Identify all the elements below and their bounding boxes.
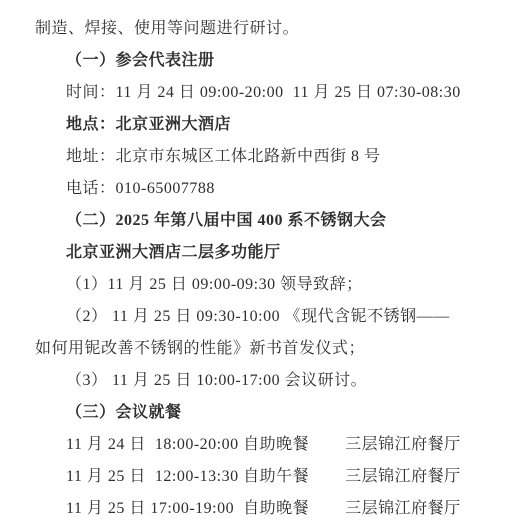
meal-row-dinner-25: 11 月 25 日 17:00-19:00 自助晚餐 三层锦江府餐厅 bbox=[35, 493, 502, 525]
agenda-item-2: （2） 11 月 25 日 09:30-10:00 《现代含铌不锈钢—— bbox=[35, 301, 502, 333]
document-page: 制造、焊接、使用等问题进行研讨。 （一）参会代表注册 时间：11 月 24 日 … bbox=[0, 0, 522, 530]
agenda-item-1: （1）11 月 25 日 09:00-09:30 领导致辞； bbox=[35, 269, 502, 301]
agenda-item-2-continuation: 如何用铌改善不锈钢的性能》新书首发仪式； bbox=[35, 333, 502, 365]
conference-venue-line: 北京亚洲大酒店二层多功能厅 bbox=[35, 237, 502, 269]
meal-row-dinner-24: 11 月 24 日 18:00-20:00 自助晚餐 三层锦江府餐厅 bbox=[35, 429, 502, 461]
registration-venue-line: 地点：北京亚洲大酒店 bbox=[35, 109, 502, 141]
registration-phone-line: 电话：010-65007788 bbox=[35, 173, 502, 205]
section3-heading-dining: （三）会议就餐 bbox=[35, 397, 502, 429]
section2-heading-conference: （二）2025 年第八届中国 400 系不锈钢大会 bbox=[35, 205, 502, 237]
intro-paragraph-continuation: 制造、焊接、使用等问题进行研讨。 bbox=[35, 13, 502, 45]
registration-address-line: 地址：北京市东城区工体北路新中西街 8 号 bbox=[35, 141, 502, 173]
registration-time-line: 时间：11 月 24 日 09:00-20:00 11 月 25 日 07:30… bbox=[35, 77, 502, 109]
section1-heading-registration: （一）参会代表注册 bbox=[35, 45, 502, 77]
agenda-item-3: （3） 11 月 25 日 10:00-17:00 会议研讨。 bbox=[35, 365, 502, 397]
meal-row-lunch-25: 11 月 25 日 12:00-13:30 自助午餐 三层锦江府餐厅 bbox=[35, 461, 502, 493]
